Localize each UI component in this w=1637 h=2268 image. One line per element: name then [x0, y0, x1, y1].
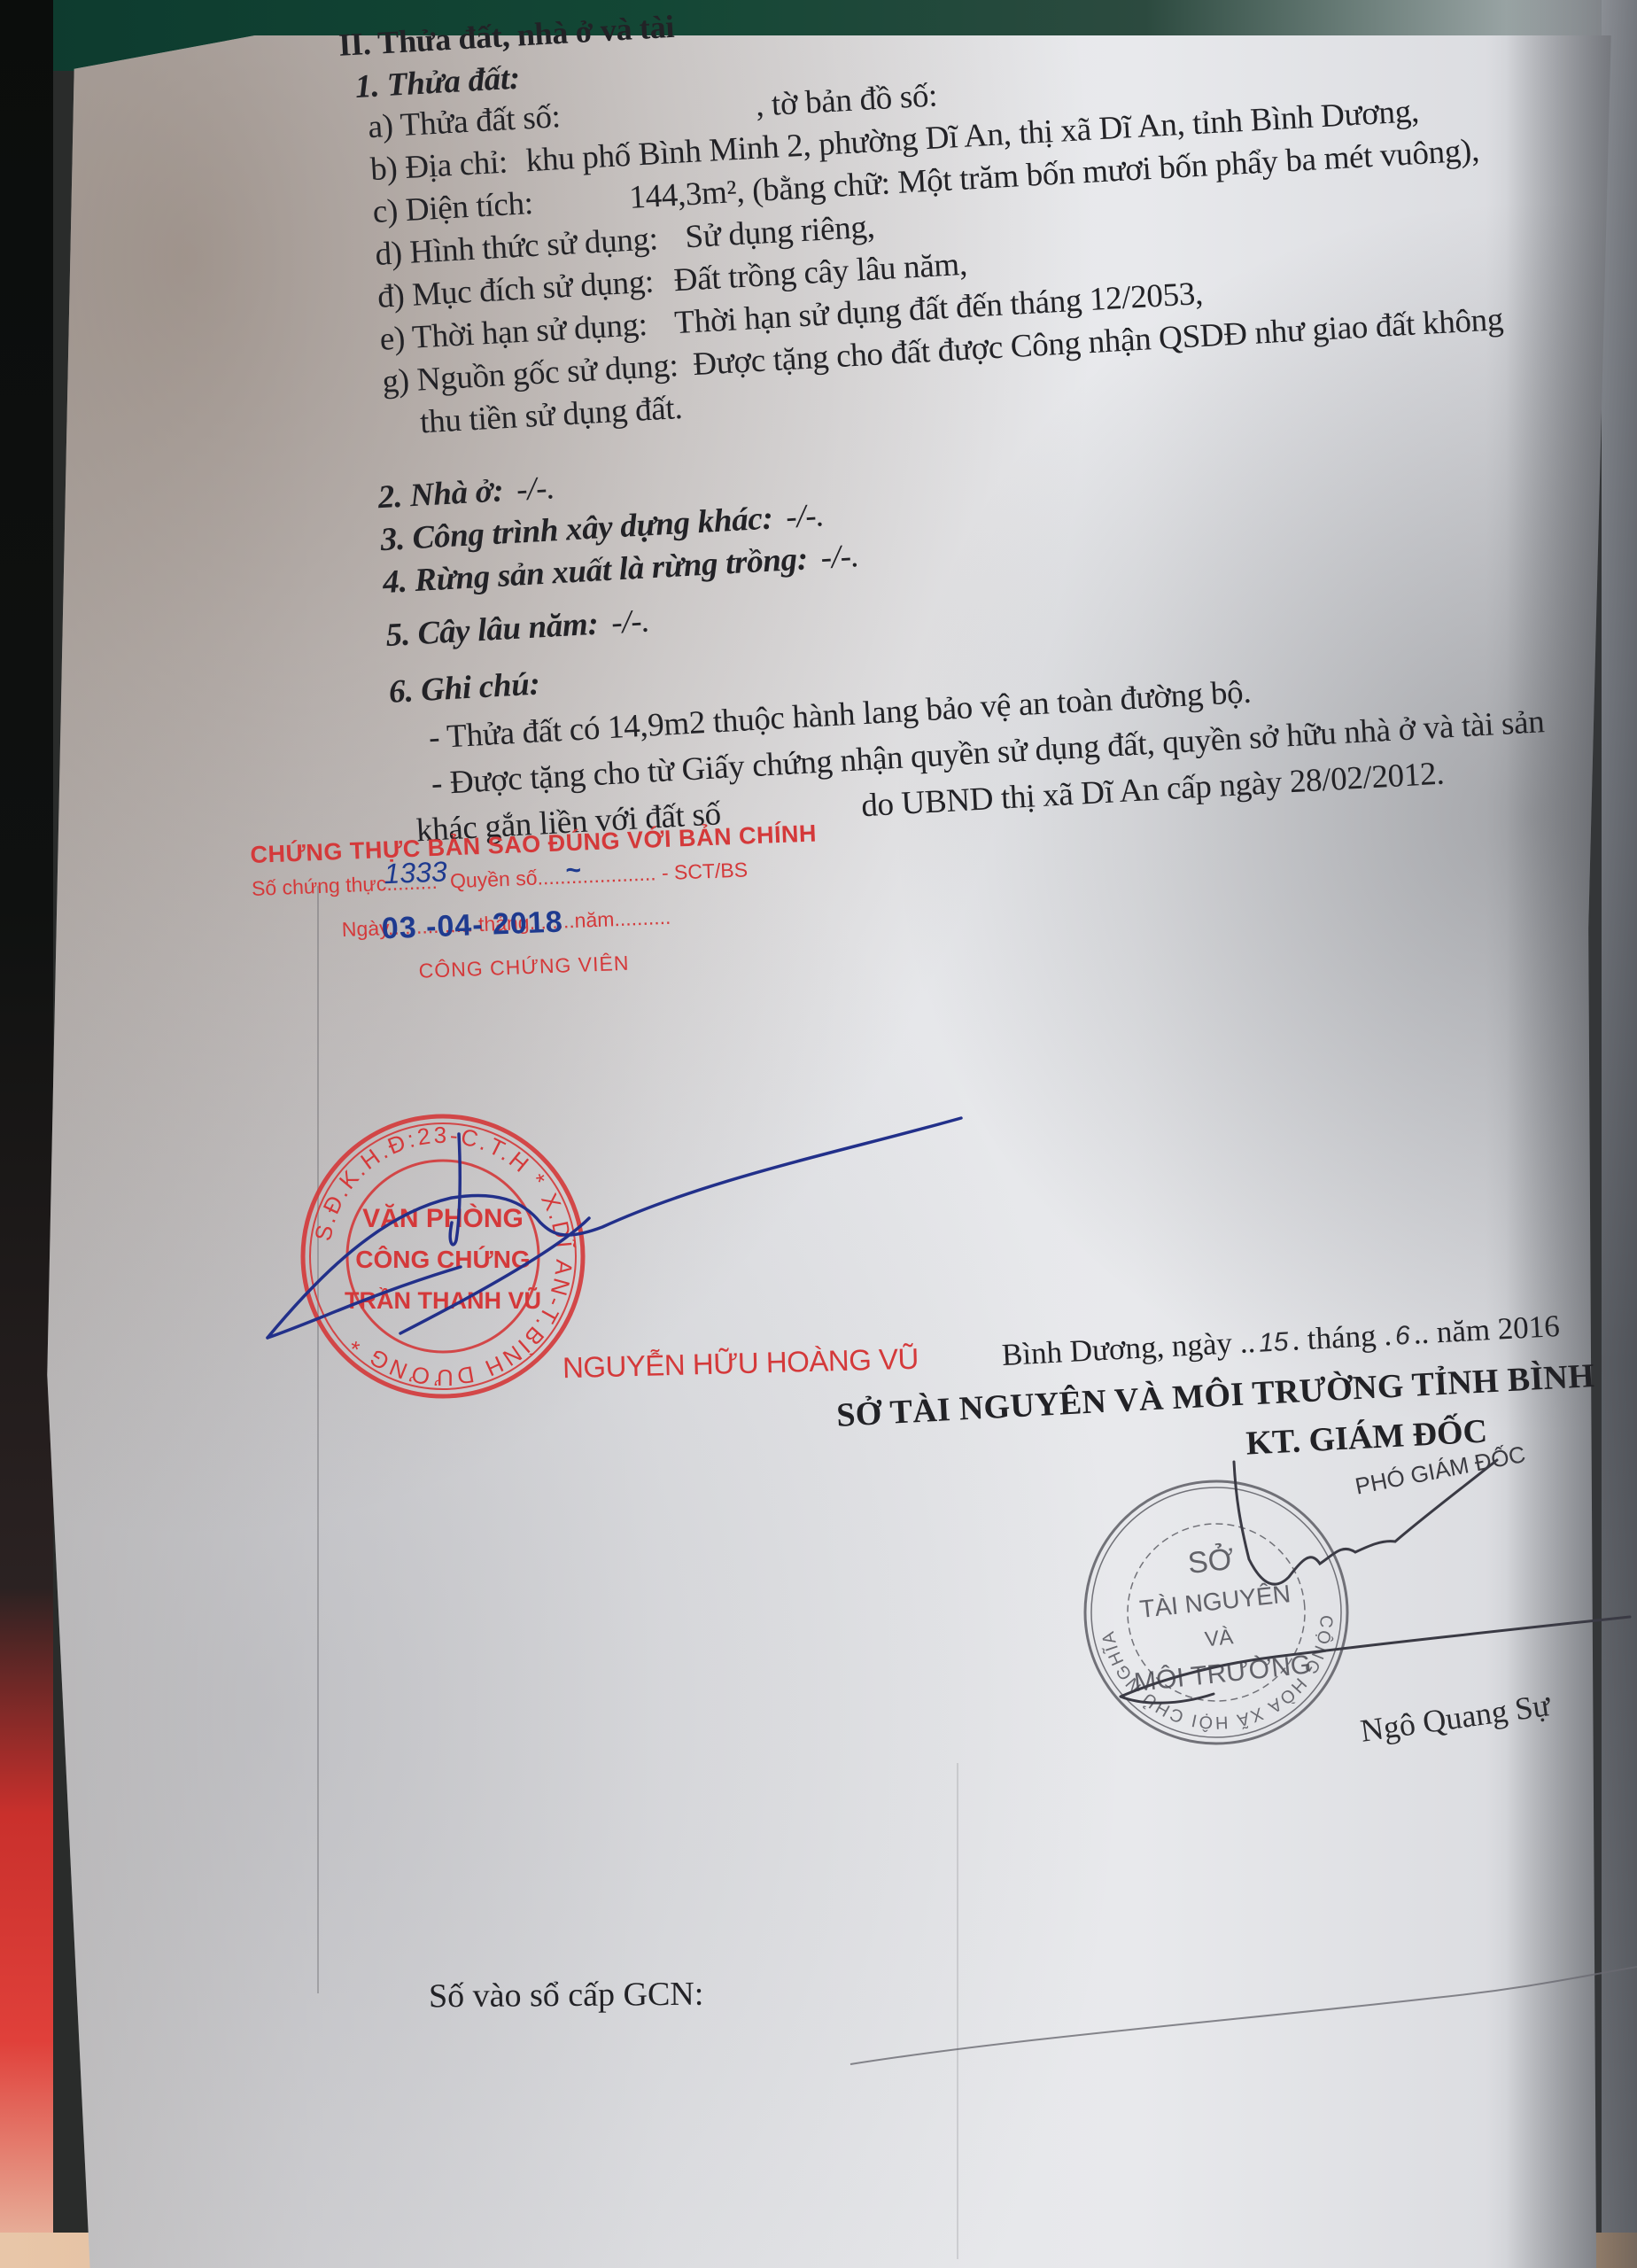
other-construction-value: -/-. — [785, 497, 825, 535]
notary-seal: S.Đ.K.H.Đ:23-C.T.H * X.DĨ AN-T.BÌNH DƯƠN… — [297, 1110, 589, 1402]
planted-forest-value: -/-. — [819, 538, 859, 576]
year-label: năm 2016 — [1436, 1309, 1561, 1349]
book-suffix: - SCT/BS — [661, 858, 748, 884]
house-value: -/-. — [516, 470, 555, 508]
svg-text:VĂN PHÒNG: VĂN PHÒNG — [362, 1203, 524, 1233]
dot-leader: ..................... — [537, 861, 656, 889]
department-seal: CỘNG HÒA XÃ HỘI CHỦ NGHĨA VIỆT NAM * TỈN… — [1066, 1462, 1368, 1764]
book-label: Quyền số — [450, 866, 538, 893]
certification-number-label: Số chứng thực — [252, 872, 387, 900]
svg-text:CÔNG CHỨNG: CÔNG CHỨNG — [355, 1245, 530, 1273]
handwritten-book-number: ~ — [565, 856, 582, 887]
paper-crease — [957, 1763, 958, 2259]
dot-leader: .. — [1238, 1324, 1256, 1360]
dot-leader: .. — [1413, 1316, 1431, 1351]
date-year-label: .năm.......... — [569, 905, 671, 932]
paper-crease — [317, 886, 319, 1993]
perennial-trees-value: -/-. — [610, 602, 650, 641]
svg-text:TÀI NGUYÊN: TÀI NGUYÊN — [1138, 1580, 1292, 1623]
handwritten-day: 15 — [1254, 1327, 1292, 1359]
svg-text:VÀ: VÀ — [1204, 1625, 1235, 1651]
address-label: b) Địa chỉ: — [369, 144, 508, 190]
svg-text:TRẦN THANH VŨ: TRẦN THANH VŨ — [345, 1286, 541, 1314]
background-right — [1602, 0, 1637, 2268]
handwritten-cert-number: 1333 — [384, 855, 448, 890]
background-left — [0, 0, 53, 2268]
dot-leader: . — [1291, 1322, 1300, 1356]
house-heading: 2. Nhà ở: — [377, 472, 505, 516]
certificate-registry-label: Số vào sổ cấp GCN: — [429, 1975, 704, 2016]
handwritten-month: 6 — [1391, 1321, 1414, 1352]
month-label: tháng — [1307, 1318, 1377, 1356]
svg-text:SỞ: SỞ — [1186, 1542, 1236, 1581]
stamped-date: 03 -04- 2018 — [381, 905, 563, 947]
